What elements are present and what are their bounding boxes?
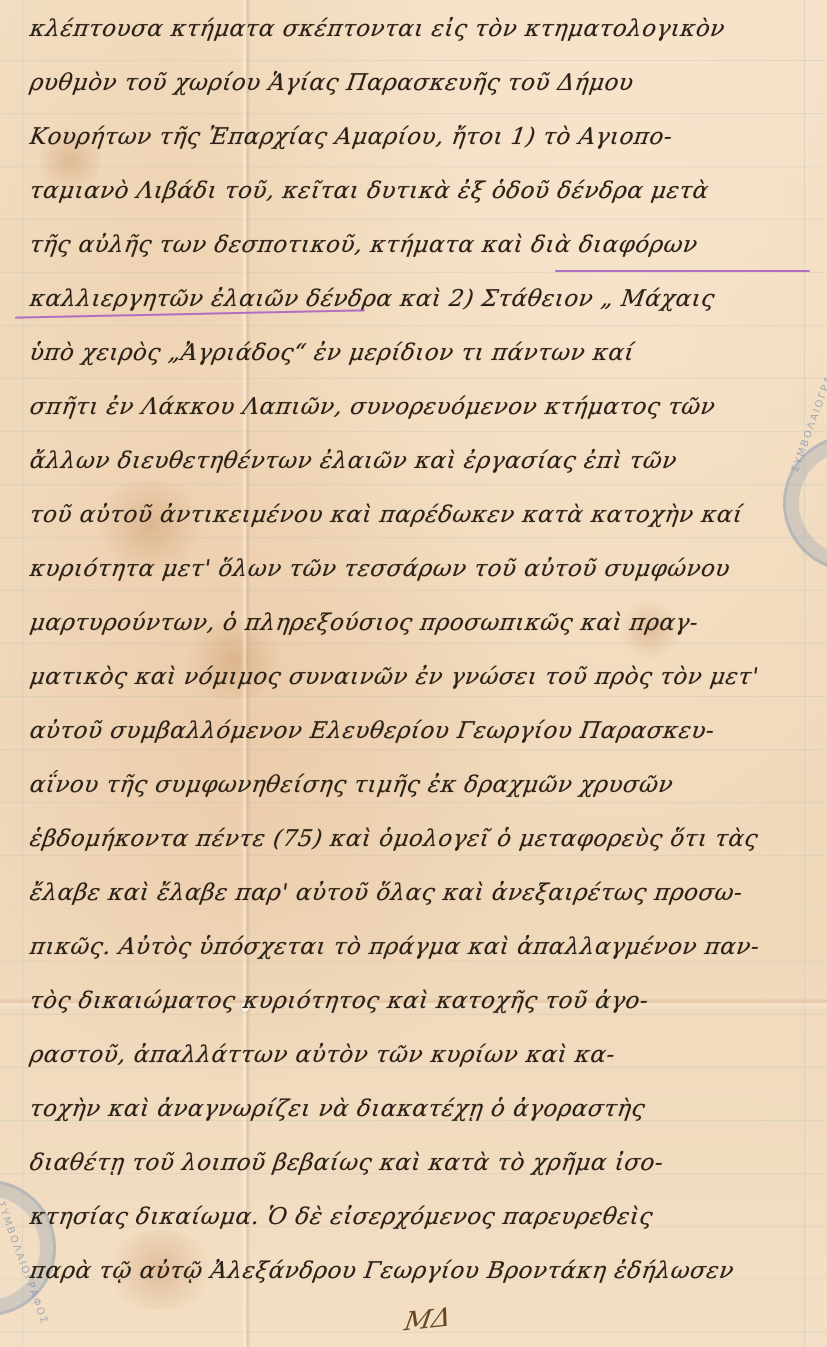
manuscript-line: ἑβδομήκοντα πέντε (75) καὶ ὁμολογεῖ ὁ με… — [28, 824, 802, 854]
manuscript-line: τοχὴν καὶ ἀναγνωρίζει νὰ διακατέχῃ ὁ ἀγο… — [28, 1094, 802, 1124]
manuscript-line: τῆς αὐλῆς των δεσποτικοῦ, κτήματα καὶ δι… — [28, 230, 802, 260]
signature: ΜΔ — [402, 1303, 453, 1338]
manuscript-line: ἄλλων διευθετηθέντων ἐλαιῶν καὶ ἐργασίας… — [28, 446, 802, 476]
manuscript-line: παρὰ τῷ αὐτῷ Ἀλεξάνδρου Γεωργίου Βροντάκ… — [28, 1256, 802, 1286]
manuscript-line: ματικὸς καὶ νόμιμος συναινῶν ἐν γνώσει τ… — [28, 662, 802, 692]
manuscript-line: κυριότητα μετ' ὅλων τῶν τεσσάρων τοῦ αὐτ… — [28, 554, 802, 584]
manuscript-line: τὸς δικαιώματος κυριότητος καὶ κατοχῆς τ… — [28, 986, 802, 1016]
manuscript-line: πικῶς. Αὐτὸς ὑπόσχεται τὸ πράγμα καὶ ἀπα… — [28, 932, 802, 962]
manuscript-line: ἔλαβε καὶ ἔλαβε παρ' αὐτοῦ ὅλας καὶ ἀνεξ… — [28, 878, 802, 908]
manuscript-line: ταμιανὸ Λιβάδι τοῦ, κεῖται δυτικὰ ἐξ ὁδο… — [28, 176, 802, 206]
manuscript-line: ραστοῦ, ἀπαλλάττων αὐτὸν τῶν κυρίων καὶ … — [28, 1040, 802, 1070]
left-margin-line — [22, 0, 23, 1347]
manuscript-line: αΐνου τῆς συμφωνηθείσης τιμῆς ἐκ δραχμῶν… — [28, 770, 802, 800]
manuscript-line: μαρτυρούντων, ὁ πληρεξούσιος προσωπικῶς … — [28, 608, 802, 638]
manuscript-line: αὐτοῦ συμβαλλόμενον Ελευθερίου Γεωργίου … — [28, 716, 802, 746]
manuscript-line: ὑπὸ χειρὸς „Ἀγριάδος“ ἐν μερίδιον τι πάν… — [28, 338, 802, 368]
purple-underline — [555, 270, 810, 272]
manuscript-line: σπῆτι ἐν Λάκκου Λαπιῶν, συνορευόμενον κτ… — [28, 392, 802, 422]
manuscript-line: Κουρήτων τῆς Ἐπαρχίας Αμαρίου, ἤτοι 1) τ… — [28, 122, 802, 152]
manuscript-line: ρυθμὸν τοῦ χωρίου Ἁγίας Παρασκευῆς τοῦ Δ… — [28, 68, 802, 98]
manuscript-line: καλλιεργητῶν ἐλαιῶν δένδρα καὶ 2) Στάθει… — [28, 284, 802, 314]
manuscript-line: κλέπτουσα κτήματα σκέπτονται εἰς τὸν κτη… — [28, 14, 802, 44]
manuscript-page: ΣΥΜΒΟΛΑΙΟΓΡΑΦΟΣ ΣΥΜΒΟΛΑΙΟΓΡΑΦΟΣ κλέπτουσ… — [0, 0, 827, 1347]
manuscript-line: κτησίας δικαίωμα. Ὁ δὲ εἰσερχόμενος παρε… — [28, 1202, 802, 1232]
manuscript-line: διαθέτῃ τοῦ λοιποῦ βεβαίως καὶ κατὰ τὸ χ… — [28, 1148, 802, 1178]
right-margin-line — [804, 0, 805, 1347]
manuscript-line: τοῦ αὐτοῦ ἀντικειμένου καὶ παρέδωκεν κατ… — [28, 500, 802, 530]
